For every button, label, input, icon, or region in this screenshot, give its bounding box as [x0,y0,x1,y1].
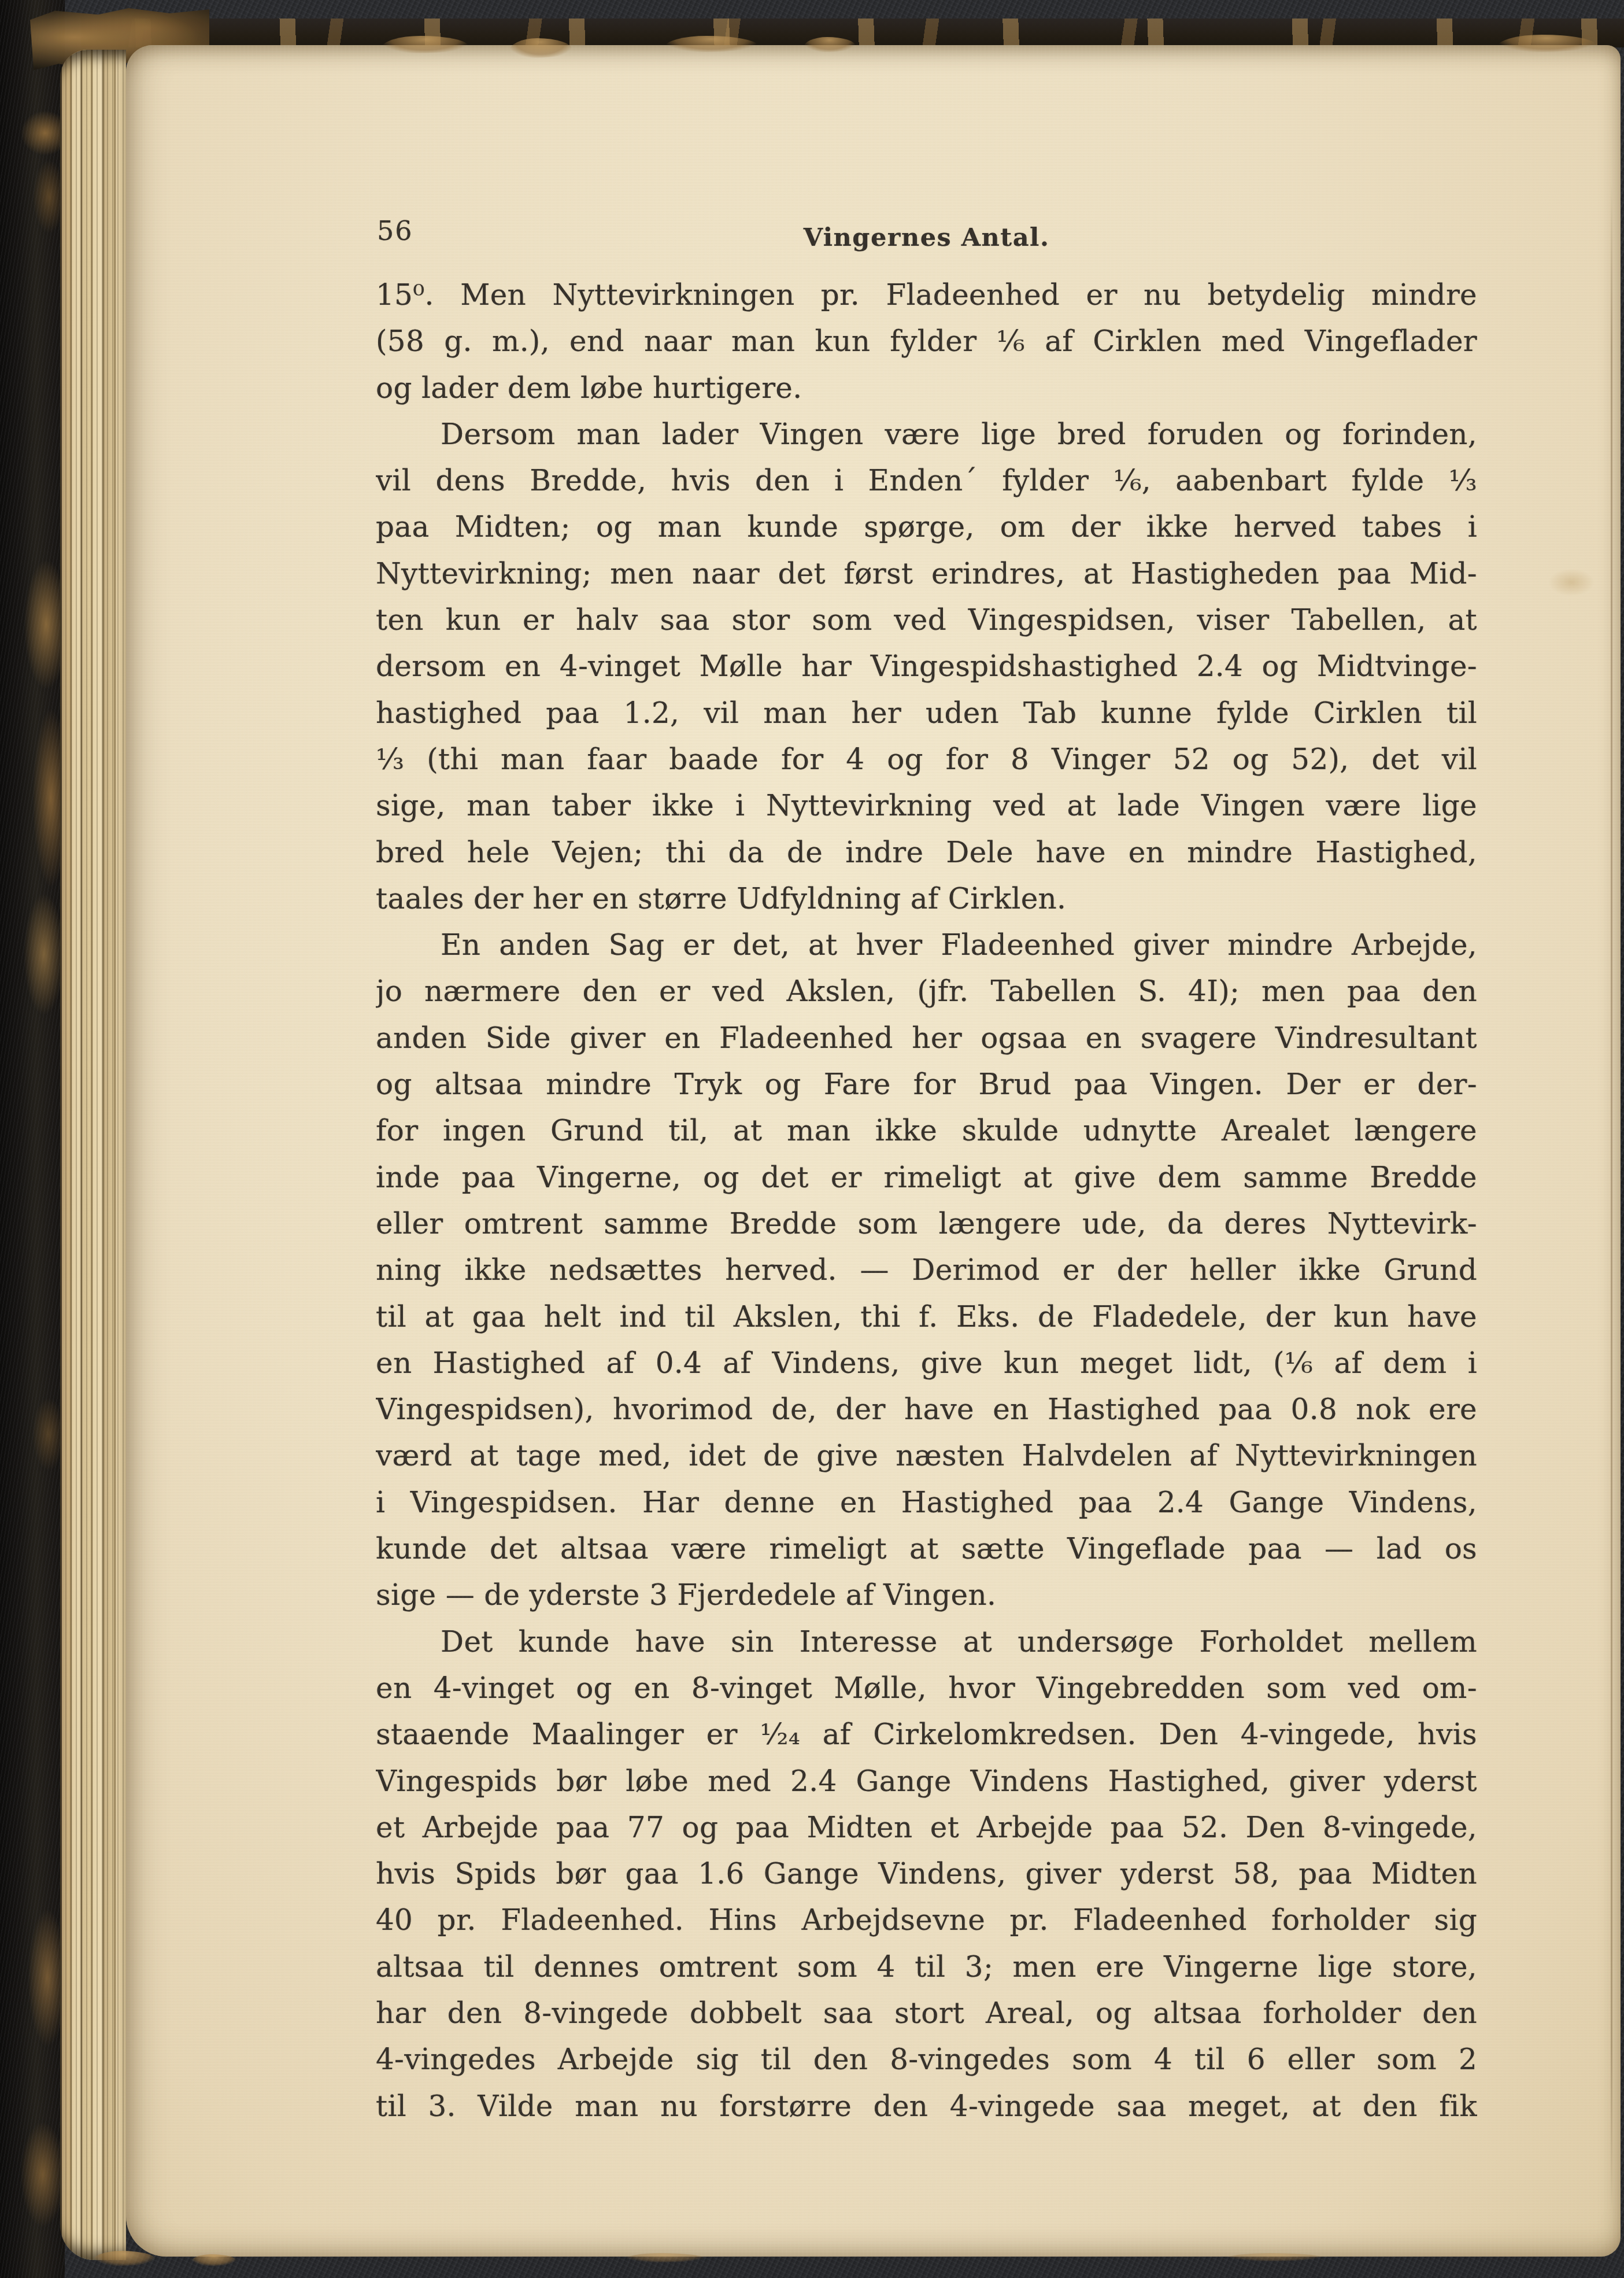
text-line: bred hele Vejen; thi da de indre Dele ha… [376,829,1477,876]
text-line: paa Midten; og man kunde spørge, om der … [376,504,1477,550]
running-header: Vingernes Antal. [376,223,1477,252]
text-line: 15⁰. Men Nyttevirkningen pr. Fladeenhed … [376,272,1477,318]
text-line: til at gaa helt ind til Akslen, thi f. E… [376,1294,1477,1340]
cover-fray-tuft [93,2251,156,2266]
text-line: hvis Spids bør gaa 1.6 Gange Vindens, gi… [376,1851,1477,1897]
text-line: har den 8-vingede dobbelt saa stort Area… [376,1990,1477,2036]
running-head-row: 56 Vingernes Antal. [376,215,1477,252]
text-line: altsaa til dennes omtrent som 4 til 3; m… [376,1944,1477,1990]
cover-fray-tuft [1226,2253,1324,2261]
text-line: taales der her en større Udfyldning af C… [376,876,1477,922]
text-line: Dersom man lader Vingen være lige bred f… [376,411,1477,457]
text-line: ning ikke nedsættes herved. — Derimod er… [376,1247,1477,1293]
cover-fray-tuft [624,2253,705,2262]
text-line: hastighed paa 1.2, vil man her uden Tab … [376,690,1477,736]
text-line: dersom en 4-vinget Mølle har Vingespidsh… [376,643,1477,689]
text-line: anden Side giver en Fladeenhed her ogsaa… [376,1015,1477,1061]
text-line: Nyttevirkning; men naar det først erindr… [376,551,1477,597]
text-line: i Vingespidsen. Har denne en Hastighed p… [376,1479,1477,1526]
text-line: ¹⁄₃ (thi man faar baade for 4 og for 8 V… [376,736,1477,782]
text-line: værd at tage med, idet de give næsten Ha… [376,1432,1477,1479]
text-line: Det kunde have sin Interesse at undersøg… [376,1619,1477,1665]
text-line: til 3. Vilde man nu forstørre den 4-ving… [376,2083,1477,2129]
cover-fray-tuft [191,2254,237,2266]
text-line: kunde det altsaa være rimeligt at sætte … [376,1526,1477,1572]
text-line: eller omtrent samme Bredde som længere u… [376,1201,1477,1247]
text-line: sige, man taber ikke i Nyttevirkning ved… [376,782,1477,829]
book-page: 56 Vingernes Antal. 15⁰. Men Nyttevirkni… [126,45,1621,2257]
text-line: 40 pr. Fladeenhed. Hins Arbejdsevne pr. … [376,1897,1477,1943]
text-line: og altsaa mindre Tryk og Fare for Brud p… [376,1061,1477,1107]
text-line: Vingespids bør løbe med 2.4 Gange Vinden… [376,1758,1477,1804]
body-text: 15⁰. Men Nyttevirkningen pr. Fladeenhed … [376,272,1477,2129]
text-line: inde paa Vingerne, og det er rimeligt at… [376,1154,1477,1201]
text-line: (58 g. m.), end naar man kun fylder ¹⁄₆ … [376,318,1477,364]
text-line: vil dens Bredde, hvis den i Enden´ fylde… [376,457,1477,504]
text-line: en 4-vinget og en 8-vinget Mølle, hvor V… [376,1665,1477,1711]
text-line: Vingespidsen), hvorimod de, der have en … [376,1386,1477,1432]
book-cover-spine [0,0,65,2278]
text-line: En anden Sag er det, at hver Fladeenhed … [376,922,1477,968]
page-curl-line [1611,184,1612,2208]
page-edge-stack [60,50,126,2260]
text-line: en Hastighed af 0.4 af Vindens, give kun… [376,1340,1477,1386]
text-line: 4-vingedes Arbejde sig til den 8-vingede… [376,2036,1477,2083]
text-line: og lader dem løbe hurtigere. [376,365,1477,411]
scanned-book-photo: 56 Vingernes Antal. 15⁰. Men Nyttevirkni… [0,0,1624,2278]
paper-stain [1548,568,1595,596]
text-line: for ingen Grund til, at man ikke skulde … [376,1107,1477,1154]
text-line: sige — de yderste 3 Fjerdedele af Vingen… [376,1572,1477,1618]
text-line: staaende Maalinger er ¹⁄₂₄ af Cirkelomkr… [376,1711,1477,1758]
text-line: et Arbejde paa 77 og paa Midten et Arbej… [376,1804,1477,1851]
text-line: jo nærmere den er ved Akslen, (jfr. Tabe… [376,968,1477,1014]
text-line: ten kun er halv saa stor som ved Vingesp… [376,597,1477,643]
